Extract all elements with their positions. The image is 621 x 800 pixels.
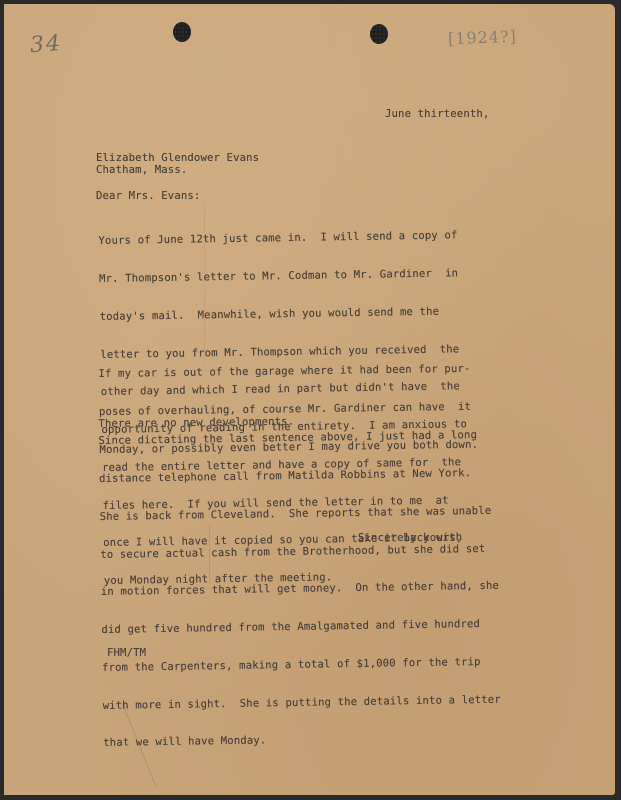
paragraph-line: distance telephone call from Matilda Rob…	[99, 467, 497, 486]
page-number-annotation: 34	[29, 31, 63, 58]
punch-hole-icon	[173, 22, 191, 42]
paragraph-line: If my car is out of the garage where it …	[98, 363, 477, 381]
closing: Sincerely yours,	[358, 532, 462, 545]
recipient-name: Elizabeth Glendower Evans	[96, 152, 259, 165]
paragraph-line: Since dictating the last sentence above,…	[98, 429, 496, 448]
paragraph-line: to secure actual cash from the Brotherho…	[100, 542, 498, 561]
body-paragraph-4: Since dictating the last sentence above,…	[98, 404, 502, 763]
salutation: Dear Mrs. Evans:	[96, 190, 200, 203]
punch-hole-icon	[370, 24, 388, 44]
recipient-address: Chatham, Mass.	[96, 164, 187, 177]
paragraph-line: did get five hundred from the Amalgamate…	[101, 618, 499, 637]
paragraph-line: today's mail. Meanwhile, wish you would …	[100, 305, 466, 323]
paragraph-line: with more in sight. She is putting the d…	[103, 693, 501, 712]
paragraph-line: from the Carpenters, making a total of $…	[102, 656, 500, 675]
paragraph-line: She is back from Cleveland. She reports …	[100, 504, 498, 523]
paragraph-line: Yours of June 12th just came in. I will …	[98, 229, 464, 247]
date-annotation: [1924?]	[448, 27, 517, 48]
paragraph-line: that we will have Monday.	[103, 731, 501, 750]
paragraph-line: in motion forces that will get money. On…	[101, 580, 499, 599]
dateline: June thirteenth,	[385, 108, 489, 121]
paragraph-line: Mr. Thompson's letter to Mr. Codman to M…	[99, 267, 465, 285]
reference-initials: FHM/TM	[107, 647, 146, 660]
